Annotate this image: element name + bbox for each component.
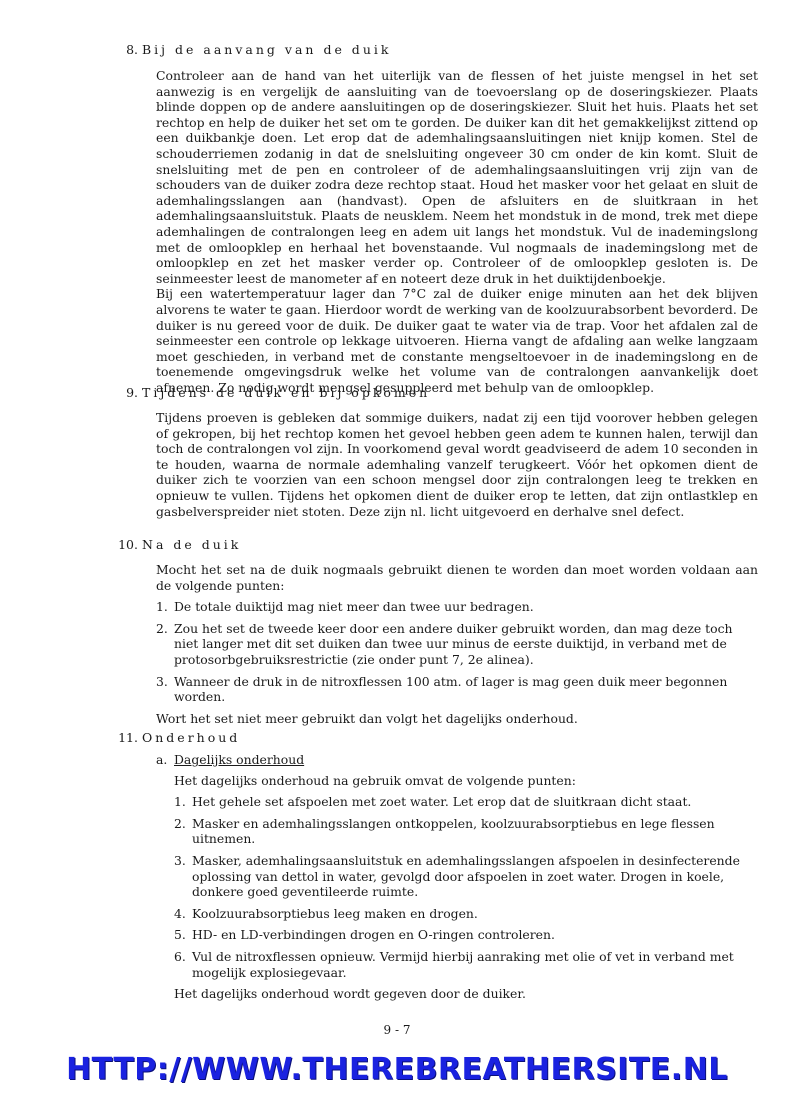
section-number: 10. [118, 536, 138, 554]
list-item: 5.HD- en LD-verbindingen drogen en O-rin… [174, 927, 758, 943]
list-item: 3.Wanneer de druk in de nitroxflessen 10… [156, 674, 758, 705]
paragraph: Tijdens proeven is gebleken dat sommige … [156, 410, 758, 519]
outro-text: Het dagelijks onderhoud wordt gegeven do… [174, 986, 758, 1002]
outro-text: Wort het set niet meer gebruikt dan volg… [156, 711, 758, 727]
list-item: 2.Masker en ademhalingsslangen ontkoppel… [174, 816, 758, 847]
section-heading: 8.Bij de aanvang van de duik [118, 41, 758, 59]
section-title: Na de duik [142, 537, 241, 552]
section-heading: 11.Onderhoud [118, 729, 758, 747]
document-page: 8.Bij de aanvang van de duik Controleer … [0, 0, 794, 1103]
section-body: Mocht het set na de duik nogmaals gebrui… [156, 562, 758, 726]
section-9: 9.Tijdens de duik en bij opkomen Tijdens… [118, 384, 758, 519]
section-number: 11. [118, 729, 138, 747]
section-heading: 9.Tijdens de duik en bij opkomen [118, 384, 758, 402]
section-8: 8.Bij de aanvang van de duik Controleer … [118, 41, 758, 395]
section-title: Tijdens de duik en bij opkomen [142, 385, 430, 400]
section-10: 10.Na de duik Mocht het set na de duik n… [118, 536, 758, 726]
page-number: 9 - 7 [0, 1023, 794, 1037]
section-number: 9. [118, 384, 138, 402]
section-body: a.Dagelijks onderhoud Het dagelijks onde… [156, 752, 758, 1002]
section-body: Controleer aan de hand van het uiterlijk… [156, 68, 758, 395]
subsection-body: Het dagelijks onderhoud na gebruik omvat… [174, 773, 758, 1002]
section-body: Tijdens proeven is gebleken dat sommige … [156, 410, 758, 519]
list-item: 6.Vul de nitroxflessen opnieuw. Vermijd … [174, 949, 758, 980]
requirements-list: 1.De totale duiktijd mag niet meer dan t… [156, 599, 758, 705]
subsection-heading: a.Dagelijks onderhoud [156, 752, 758, 768]
paragraph: Controleer aan de hand van het uiterlijk… [156, 68, 758, 286]
section-title: Onderhoud [142, 730, 240, 745]
intro-text: Mocht het set na de duik nogmaals gebrui… [156, 562, 758, 593]
section-11: 11.Onderhoud a.Dagelijks onderhoud Het d… [118, 729, 758, 1002]
list-item: 2.Zou het set de tweede keer door een an… [156, 621, 758, 668]
section-heading: 10.Na de duik [118, 536, 758, 554]
subsection-title: Dagelijks onderhoud [174, 752, 304, 767]
intro-text: Het dagelijks onderhoud na gebruik omvat… [174, 773, 758, 789]
section-number: 8. [118, 41, 138, 59]
list-item: 1.Het gehele set afspoelen met zoet wate… [174, 794, 758, 810]
subsection-label: a. [156, 752, 174, 768]
section-title: Bij de aanvang van de duik [142, 42, 391, 57]
footer-url-watermark: HTTP://WWW.THEREBREATHERSITE.NL [0, 1052, 794, 1087]
list-item: 3.Masker, ademhalingsaansluitstuk en ade… [174, 853, 758, 900]
maintenance-list: 1.Het gehele set afspoelen met zoet wate… [174, 794, 758, 980]
paragraph: Bij een watertemperatuur lager dan 7°C z… [156, 286, 758, 395]
list-item: 1.De totale duiktijd mag niet meer dan t… [156, 599, 758, 615]
list-item: 4.Koolzuurabsorptiebus leeg maken en dro… [174, 906, 758, 922]
